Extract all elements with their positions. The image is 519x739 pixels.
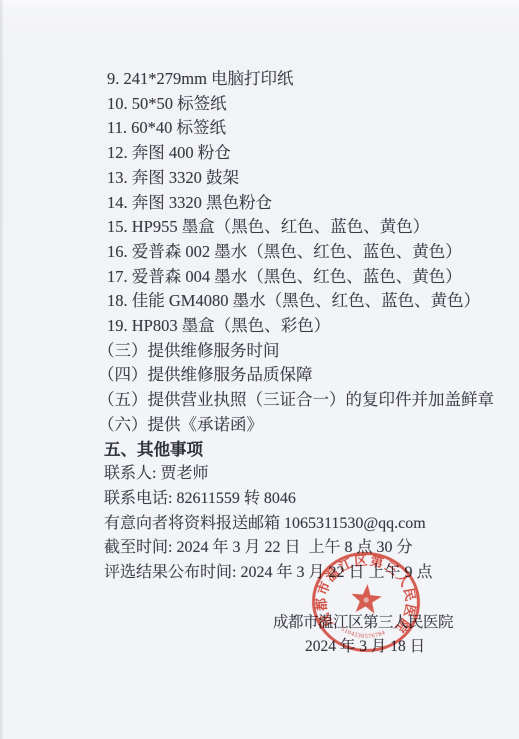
clause-item: （三）提供维修服务时间 bbox=[98, 339, 494, 364]
document-page: 9. 241*279mm 电脑打印纸 10. 50*50 标签纸 11. 60*… bbox=[0, 0, 519, 739]
section-heading: 五、其他事项 bbox=[98, 438, 494, 463]
supply-list-item: 17. 爱普森 004 墨水（黑色、红色、蓝色、黄色） bbox=[98, 265, 494, 290]
official-seal: 成都市温江区第三人民医院 5104230576784 bbox=[306, 546, 426, 657]
supply-list-item: 14. 奔图 3320 黑色粉仓 bbox=[98, 191, 494, 216]
supply-list-item: 12. 奔图 400 粉仓 bbox=[98, 141, 494, 166]
seal-code: 5104230576784 bbox=[339, 626, 387, 642]
supply-list-item: 9. 241*279mm 电脑打印纸 bbox=[98, 67, 494, 92]
supply-list-item: 11. 60*40 标签纸 bbox=[98, 116, 494, 141]
supply-list-item: 10. 50*50 标签纸 bbox=[98, 92, 494, 117]
clause-item: （四）提供维修服务品质保障 bbox=[98, 363, 494, 388]
contact-person-line: 联系人: 贾老师 bbox=[98, 462, 494, 487]
document-body: 9. 241*279mm 电脑打印纸 10. 50*50 标签纸 11. 60*… bbox=[98, 67, 494, 586]
supply-list-item: 18. 佳能 GM4080 墨水（黑色、红色、蓝色、黄色） bbox=[98, 289, 494, 314]
clause-item: （六）提供《承诺函》 bbox=[98, 413, 494, 438]
result-announcement-line: 评选结果公布时间: 2024 年 3 月 22 日 上午 9 点 bbox=[98, 561, 494, 586]
deadline-line: 截至时间: 2024 年 3 月 22 日 上午 8 点 30 分 bbox=[98, 536, 494, 561]
contact-phone-line: 联系电话: 82611559 转 8046 bbox=[98, 487, 494, 512]
scan-edge-shadow bbox=[0, 0, 4, 739]
supply-list-item: 19. HP803 墨盒（黑色、彩色） bbox=[98, 314, 494, 339]
supply-list-item: 16. 爱普森 002 墨水（黑色、红色、蓝色、黄色） bbox=[98, 240, 494, 265]
supply-item-list: 9. 241*279mm 电脑打印纸 10. 50*50 标签纸 11. 60*… bbox=[98, 67, 494, 438]
submission-email-line: 有意向者将资料报送邮箱 1065311530@qq.com bbox=[98, 512, 494, 537]
clause-item: （五）提供营业执照（三证合一）的复印件并加盖鲜章 bbox=[98, 388, 494, 413]
supply-list-item: 15. HP955 墨盒（黑色、红色、蓝色、黄色） bbox=[98, 215, 494, 240]
supply-list-item: 13. 奔图 3320 鼓架 bbox=[98, 166, 494, 191]
other-matters-section: 五、其他事项 联系人: 贾老师 联系电话: 82611559 转 8046 有意… bbox=[98, 438, 494, 586]
